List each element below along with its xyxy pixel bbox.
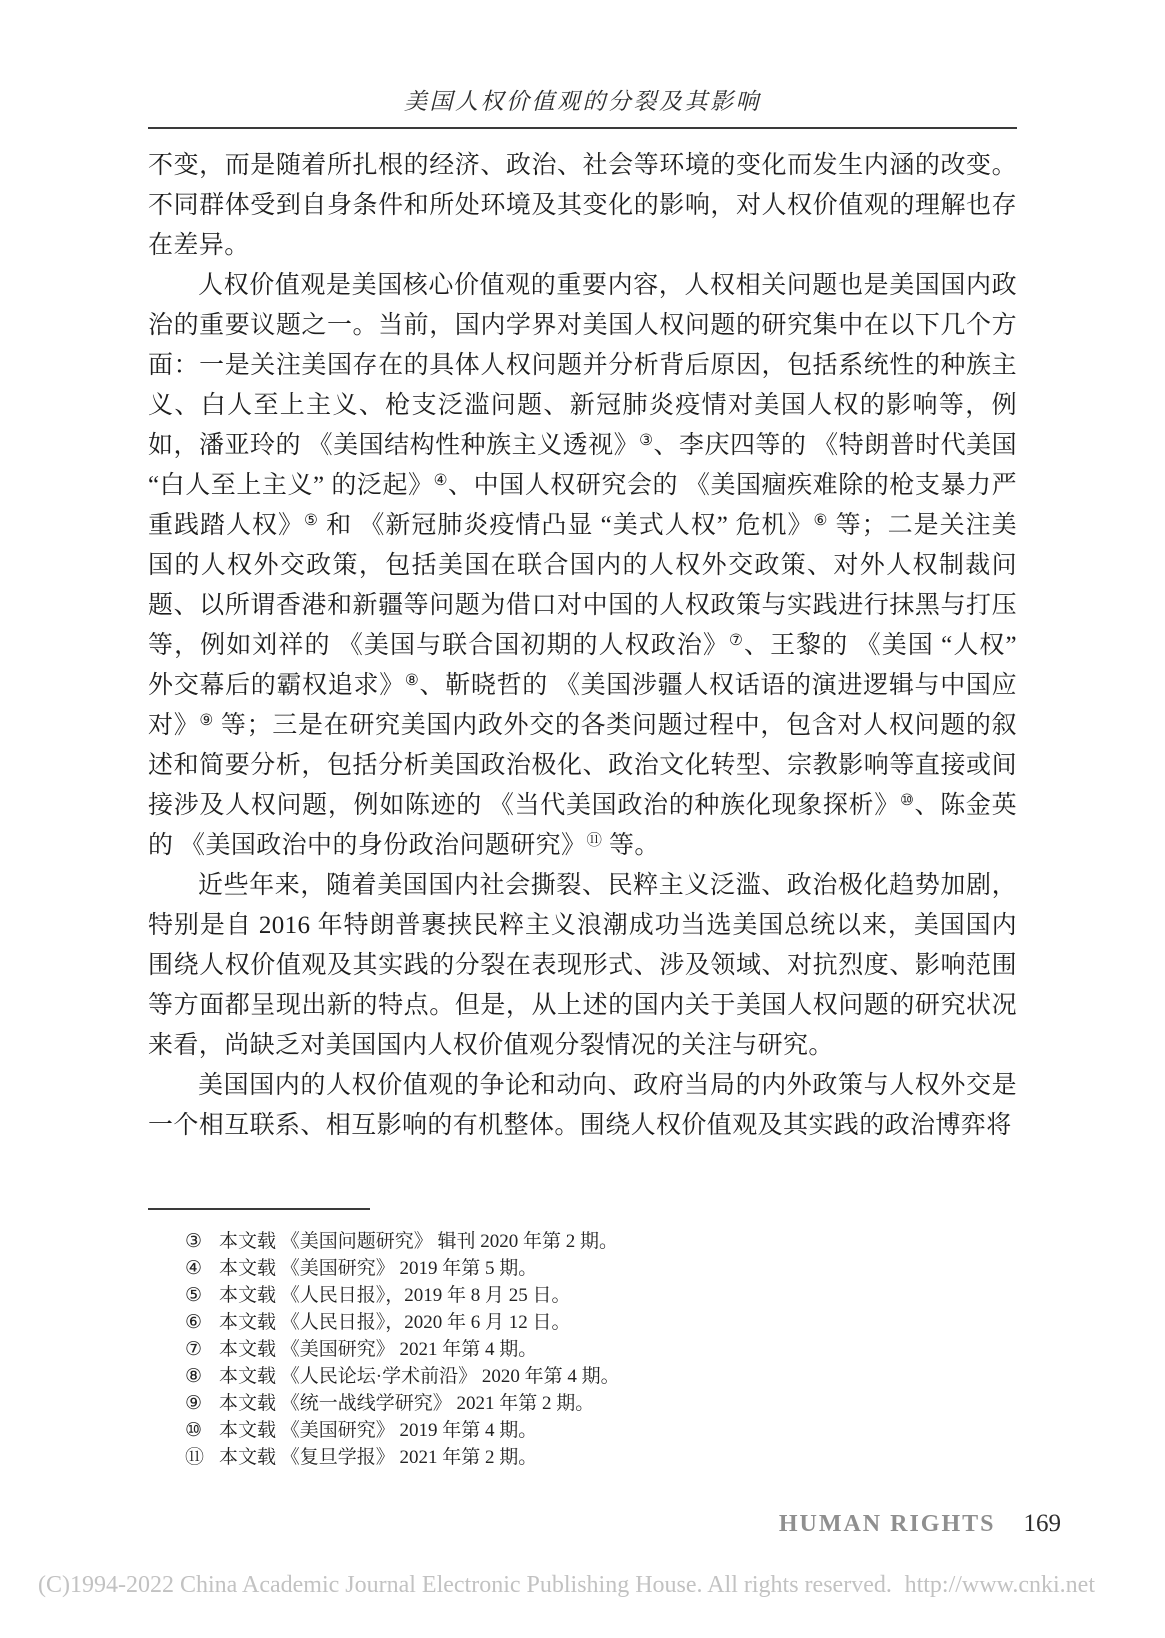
- copyright-notice: (C)1994-2022 China Academic Journal Elec…: [38, 1570, 892, 1600]
- footnote-text: 本文载 《人民日报》，2019 年 8 月 25 日。: [219, 1282, 1017, 1309]
- footnote-item: ③ 本文载 《美国问题研究》 辑刊 2020 年第 2 期。: [148, 1228, 1017, 1255]
- footnote-item: ⑥ 本文载 《人民日报》，2020 年 6 月 12 日。: [148, 1309, 1017, 1336]
- footnote-number: ⑤: [185, 1282, 209, 1309]
- footnote-number: ⑥: [185, 1309, 209, 1336]
- copyright-strip: (C)1994-2022 China Academic Journal Elec…: [38, 1570, 1095, 1600]
- footnote-item: ⑦ 本文载 《美国研究》 2021 年第 4 期。: [148, 1336, 1017, 1363]
- paragraph-continuation: 不变，而是随着所扎根的经济、政治、社会等环境的变化而发生内涵的改变。不同群体受到…: [148, 146, 1017, 266]
- footnote-text: 本文载 《统一战线学研究》 2021 年第 2 期。: [219, 1390, 1017, 1417]
- footnote-text: 本文载 《美国研究》 2019 年第 5 期。: [219, 1255, 1017, 1282]
- footnote-separator: [148, 1208, 370, 1210]
- paragraph-recent-years: 近些年来，随着美国国内社会撕裂、民粹主义泛滥、政治极化趋势加剧，特别是自 201…: [148, 866, 1017, 1066]
- footnote-text: 本文载 《美国问题研究》 辑刊 2020 年第 2 期。: [219, 1228, 1017, 1255]
- header-divider: [148, 127, 1017, 129]
- footnote-text: 本文载 《人民论坛·学术前沿》 2020 年第 4 期。: [219, 1363, 1017, 1390]
- footnote-text: 本文载 《复旦学报》 2021 年第 2 期。: [219, 1444, 1017, 1471]
- journal-page: 美国人权价值观的分裂及其影响 不变，而是随着所扎根的经济、政治、社会等环境的变化…: [0, 0, 1165, 1638]
- footnote-number: ⑨: [185, 1390, 209, 1417]
- footnote-item: ⑧ 本文载 《人民论坛·学术前沿》 2020 年第 4 期。: [148, 1363, 1017, 1390]
- footnote-number: ③: [185, 1228, 209, 1255]
- page-number: 169: [1024, 1510, 1062, 1537]
- footnote-item: ⑩ 本文载 《美国研究》 2019 年第 4 期。: [148, 1417, 1017, 1444]
- copyright-url: http://www.cnki.net: [905, 1570, 1095, 1600]
- page-footer: HUMAN RIGHTS169: [779, 1510, 1061, 1538]
- footnote-number: ④: [185, 1255, 209, 1282]
- footnote-list: ③ 本文载 《美国问题研究》 辑刊 2020 年第 2 期。 ④ 本文载 《美国…: [148, 1228, 1017, 1471]
- paragraph-domestic-values: 美国国内的人权价值观的争论和动向、政府当局的内外政策与人权外交是一个相互联系、相…: [148, 1066, 1017, 1146]
- footnote-item: ⑨ 本文载 《统一战线学研究》 2021 年第 2 期。: [148, 1390, 1017, 1417]
- footnote-number: ⑧: [185, 1363, 209, 1390]
- footnote-text: 本文载 《人民日报》，2020 年 6 月 12 日。: [219, 1309, 1017, 1336]
- footnote-number: ⑪: [185, 1444, 209, 1471]
- footnote-number: ⑩: [185, 1417, 209, 1444]
- paragraph-research-overview: 人权价值观是美国核心价值观的重要内容，人权相关问题也是美国国内政治的重要议题之一…: [148, 266, 1017, 866]
- footnote-item: ⑪ 本文载 《复旦学报》 2021 年第 2 期。: [148, 1444, 1017, 1471]
- footnote-item: ④ 本文载 《美国研究》 2019 年第 5 期。: [148, 1255, 1017, 1282]
- journal-name: HUMAN RIGHTS: [779, 1511, 996, 1537]
- footnote-number: ⑦: [185, 1336, 209, 1363]
- running-header-title: 美国人权价值观的分裂及其影响: [0, 86, 1165, 118]
- footnote-text: 本文载 《美国研究》 2019 年第 4 期。: [219, 1417, 1017, 1444]
- footnote-item: ⑤ 本文载 《人民日报》，2019 年 8 月 25 日。: [148, 1282, 1017, 1309]
- footnote-text: 本文载 《美国研究》 2021 年第 4 期。: [219, 1336, 1017, 1363]
- article-body: 不变，而是随着所扎根的经济、政治、社会等环境的变化而发生内涵的改变。不同群体受到…: [148, 146, 1017, 1146]
